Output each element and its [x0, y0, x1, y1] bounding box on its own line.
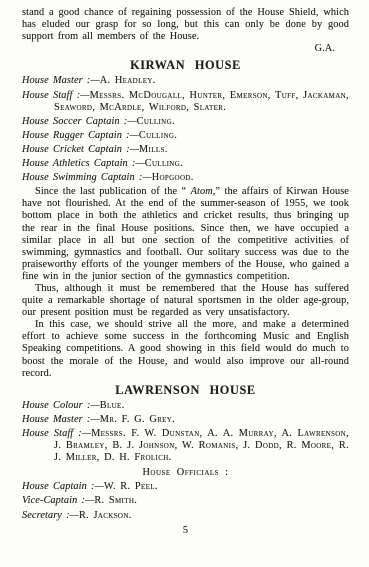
lawrenson-roles-list: House Colour :—Blue. House Master :—Mr. … — [22, 400, 349, 464]
house-officials-heading: House Officials : — [22, 467, 349, 479]
paragraph-text: Since the last publication of the “ — [35, 186, 191, 197]
role-label: House Athletics Captain :— — [22, 158, 145, 169]
intro-paragraph: stand a good chance of regaining possess… — [22, 7, 349, 43]
role-label: House Soccer Captain :— — [22, 116, 137, 127]
kirwan-house-heading: KIRWAN HOUSE — [22, 59, 349, 71]
role-cricket-captain: House Cricket Captain :—Mills. — [22, 144, 349, 156]
role-label: House Cricket Captain :— — [22, 144, 139, 155]
page-number: 5 — [22, 525, 349, 537]
role-athletics-captain: House Athletics Captain :—Culling. — [22, 158, 349, 170]
kirwan-paragraph-1: Since the last publication of the “ Atom… — [22, 186, 349, 283]
role-label: House Staff :— — [22, 428, 91, 439]
role-value: Mr. F. G. Grey. — [100, 414, 175, 425]
role-value: A. Headley. — [100, 75, 156, 86]
role-value: Culling. — [139, 130, 177, 141]
paragraph-text: ,” the affairs of Kirwan House have not … — [22, 186, 349, 282]
role-soccer-captain: House Soccer Captain :—Culling. — [22, 116, 349, 128]
magazine-page: stand a good chance of regaining possess… — [0, 0, 369, 567]
role-value: Messrs. F. W. Dunstan, A. A. Murray, A. … — [54, 428, 349, 463]
role-value: Blue. — [100, 400, 125, 411]
role-house-staff: House Staff :—Messrs. F. W. Dunstan, A. … — [22, 428, 349, 464]
role-house-captain: House Captain :—W. R. Peel. — [22, 481, 349, 493]
role-label: House Master :— — [22, 414, 100, 425]
role-label: House Swimming Captain :— — [22, 172, 152, 183]
role-value: Culling. — [137, 116, 175, 127]
role-label: House Staff :— — [22, 90, 90, 101]
role-value: Culling. — [145, 158, 183, 169]
role-value: Hopgood. — [152, 172, 194, 183]
role-house-master: House Master :—A. Headley. — [22, 75, 349, 87]
kirwan-paragraph-3: In this case, we should strive all the m… — [22, 319, 349, 379]
role-value: R. Smith. — [94, 495, 137, 506]
role-label: House Master :— — [22, 75, 100, 86]
role-label: Secretary :— — [22, 510, 79, 521]
lawrenson-officials-list: House Captain :—W. R. Peel. Vice-Captain… — [22, 481, 349, 521]
kirwan-roles-list: House Master :—A. Headley. House Staff :… — [22, 75, 349, 184]
role-label: House Rugger Captain :— — [22, 130, 139, 141]
role-label: House Captain :— — [22, 481, 104, 492]
role-secretary: Secretary :—R. Jackson. — [22, 510, 349, 522]
role-value: Messrs. McDougall, Hunter, Emerson, Tuff… — [54, 90, 349, 113]
role-label: House Colour :— — [22, 400, 100, 411]
lawrenson-house-heading: LAWRENSON HOUSE — [22, 384, 349, 396]
role-value: Mills. — [139, 144, 168, 155]
role-house-staff: House Staff :—Messrs. McDougall, Hunter,… — [22, 90, 349, 114]
role-house-colour: House Colour :—Blue. — [22, 400, 349, 412]
role-value: R. Jackson. — [79, 510, 132, 521]
role-label: Vice-Captain :— — [22, 495, 94, 506]
role-vice-captain: Vice-Captain :—R. Smith. — [22, 495, 349, 507]
role-value: W. R. Peel. — [104, 481, 158, 492]
role-house-master: House Master :—Mr. F. G. Grey. — [22, 414, 349, 426]
role-swimming-captain: House Swimming Captain :—Hopgood. — [22, 172, 349, 184]
kirwan-paragraph-2: Thus, although it must be remembered tha… — [22, 283, 349, 319]
intro-signature: G.A. — [22, 43, 349, 55]
atom-magazine-title: Atom — [191, 186, 213, 197]
role-rugger-captain: House Rugger Captain :—Culling. — [22, 130, 349, 142]
